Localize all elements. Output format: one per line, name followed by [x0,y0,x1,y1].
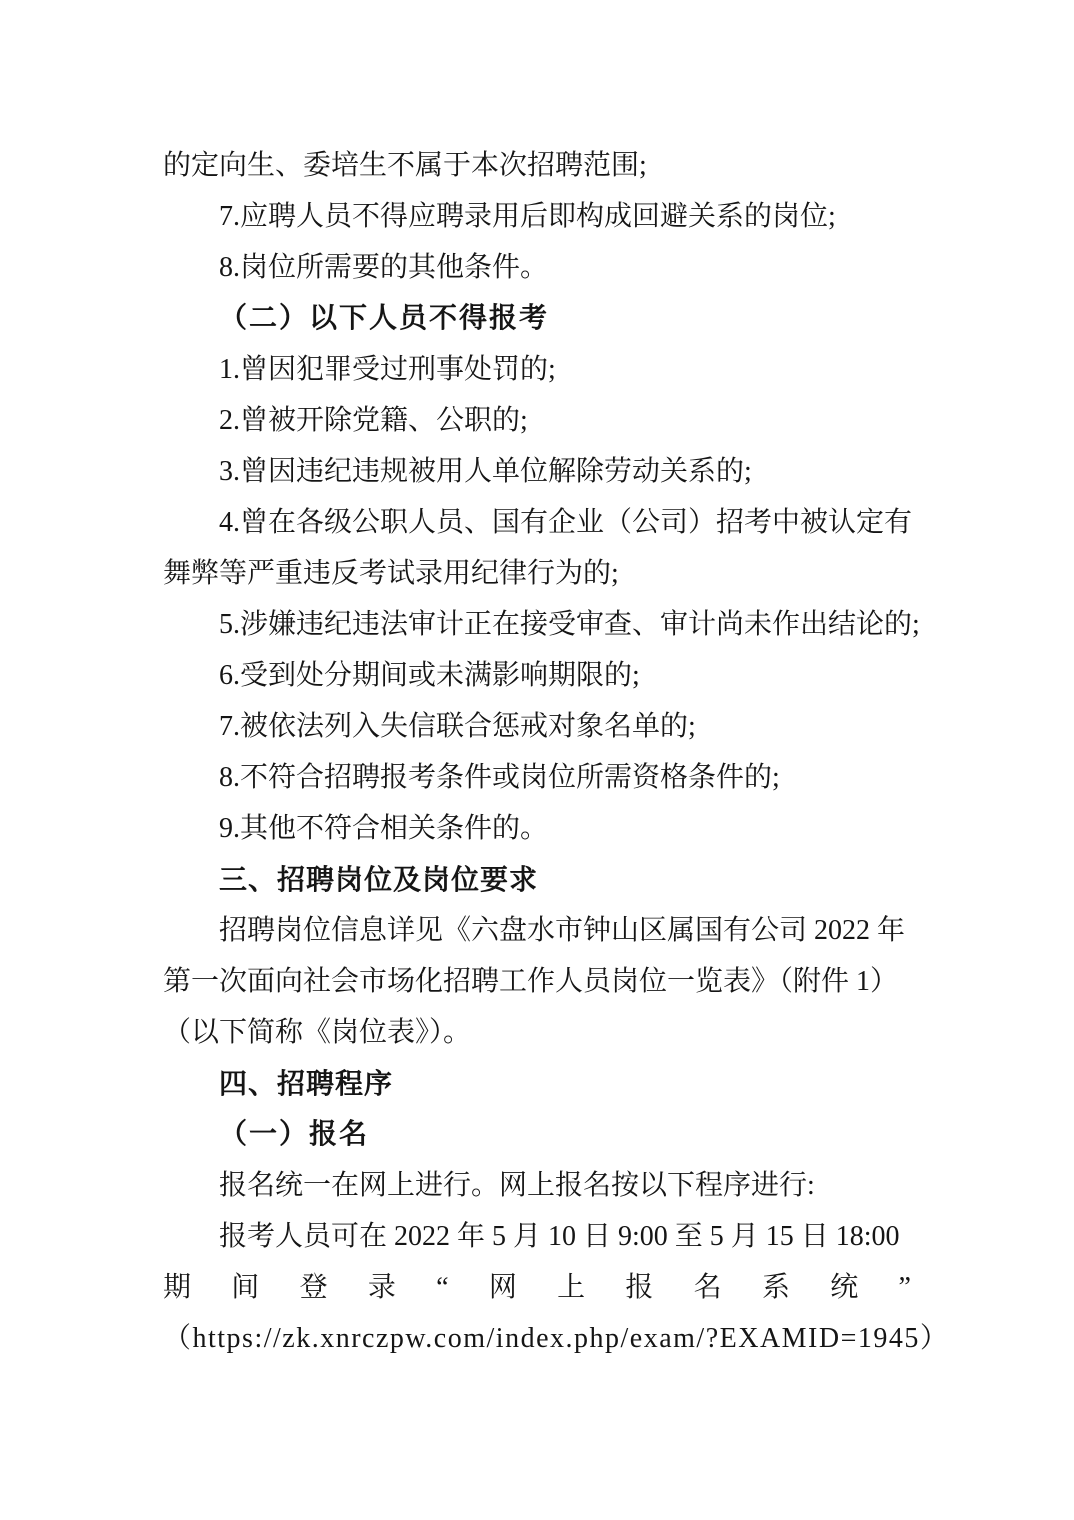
stretch-token: 报 [625,1262,653,1313]
stretch-token: 系 [762,1262,790,1313]
body-line-item-4a: 4.曾在各级公职人员、国有企业（公司）招考中被认定有 [163,497,911,548]
body-line-posts-c: （以下简称《岗位表》）。 [163,1007,911,1058]
subsection-heading-1: （一）报名 [163,1109,911,1160]
stretch-token: 间 [231,1262,259,1313]
stretch-token: 名 [694,1262,722,1313]
body-line-signup-intro: 报名统一在网上进行。网上报名按以下程序进行: [163,1160,911,1211]
stretch-token: 登 [300,1262,328,1313]
stretch-token: 统 [830,1262,858,1313]
document-page: 的定向生、委培生不属于本次招聘范围;7.应聘人员不得应聘录用后即构成回避关系的岗… [0,0,1074,1520]
url-text-line: （https://zk.xnrczpw.com/index.php/exam/?… [163,1313,911,1364]
body-line-posts-b: 第一次面向社会市场化招聘工作人员岗位一览表》（附件 1） [163,956,911,1007]
body-line-item-4b: 舞弊等严重违反考试录用纪律行为的; [163,548,911,599]
body-line-clause-7: 7.应聘人员不得应聘录用后即构成回避关系的岗位; [163,191,911,242]
stretch-token: 网 [489,1262,517,1313]
section-heading-3: 三、招聘岗位及岗位要求 [163,854,911,905]
stretch-token: 上 [557,1262,585,1313]
body-line-item-1: 1.曾因犯罪受过刑事处罚的; [163,344,911,395]
stretch-token: ” [899,1262,911,1313]
body-line-item-8: 8.不符合招聘报考条件或岗位所需资格条件的; [163,752,911,803]
body-line-item-5: 5.涉嫌违纪违法审计正在接受审查、审计尚未作出结论的; [163,599,911,650]
body-line-scope-continuation: 的定向生、委培生不属于本次招聘范围; [163,140,911,191]
body-line-item-9: 9.其他不符合相关条件的。 [163,803,911,854]
document-content: 的定向生、委培生不属于本次招聘范围;7.应聘人员不得应聘录用后即构成回避关系的岗… [163,140,911,1364]
body-line-item-2: 2.曾被开除党籍、公职的; [163,395,911,446]
stretch-token: “ [436,1262,448,1313]
section-heading-4: 四、招聘程序 [163,1058,911,1109]
justified-text-line: 期间登录“网上报名系统” [163,1262,911,1313]
body-line-item-7: 7.被依法列入失信联合惩戒对象名单的; [163,701,911,752]
body-line-clause-8: 8.岗位所需要的其他条件。 [163,242,911,293]
body-line-signup-time: 报考人员可在 2022 年 5 月 10 日 9:00 至 5 月 15 日 1… [163,1211,911,1262]
body-line-item-3: 3.曾因违纪违规被用人单位解除劳动关系的; [163,446,911,497]
stretch-token: 期 [163,1262,191,1313]
body-line-posts-a: 招聘岗位信息详见《六盘水市钟山区属国有公司 2022 年 [163,905,911,956]
body-line-item-6: 6.受到处分期间或未满影响期限的; [163,650,911,701]
subsection-heading-2: （二）以下人员不得报考 [163,293,911,344]
stretch-token: 录 [368,1262,396,1313]
